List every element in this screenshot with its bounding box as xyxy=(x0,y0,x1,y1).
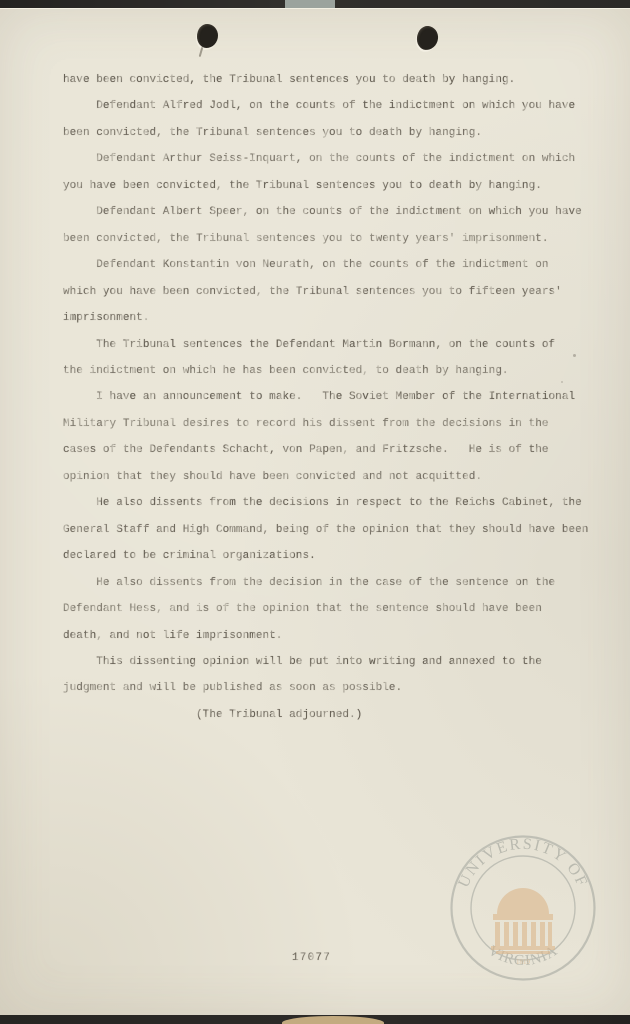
paper-speck xyxy=(573,354,576,357)
document-lines: have been convicted, the Tribunal senten… xyxy=(63,67,588,728)
text-line-21: Defendant Hess, and is of the opinion th… xyxy=(63,596,588,622)
scan-top-edge xyxy=(0,0,630,8)
text-line-5: you have been convicted, the Tribunal se… xyxy=(63,173,588,199)
text-line-16: opinion that they should have been convi… xyxy=(63,464,588,490)
scanned-page: have been convicted, the Tribunal senten… xyxy=(0,0,630,1024)
text-line-12: the indictment on which he has been conv… xyxy=(63,358,588,384)
text-line-8: Defendant Konstantin von Neurath, on the… xyxy=(63,252,588,278)
text-line-6: Defendant Albert Speer, on the counts of… xyxy=(63,199,588,225)
text-line-22: death, and not life imprisonment. xyxy=(63,623,588,649)
text-line-3: been convicted, the Tribunal sentences y… xyxy=(63,120,588,146)
text-line-25: (The Tribunal adjourned.) xyxy=(63,702,588,728)
text-line-9: which you have been convicted, the Tribu… xyxy=(63,279,588,305)
text-line-15: cases of the Defendants Schacht, von Pap… xyxy=(63,437,588,463)
seal-year-text: 1819 xyxy=(516,958,531,966)
text-line-10: imprisonment. xyxy=(63,305,588,331)
paper-speck xyxy=(561,381,563,383)
university-of-virginia-watermark: UNIVERSITY OF VIRGINIA 1819 xyxy=(448,833,598,983)
text-line-7: been convicted, the Tribunal sentences y… xyxy=(63,226,588,252)
page-number: 17077 xyxy=(292,952,331,964)
punch-hole-left-icon xyxy=(197,24,218,48)
text-line-2: Defendant Alfred Jodl, on the counts of … xyxy=(63,93,588,119)
punch-hole-right-icon xyxy=(416,25,439,51)
scan-bottom-edge xyxy=(0,1015,630,1024)
text-line-1: have been convicted, the Tribunal senten… xyxy=(63,67,588,93)
text-line-18: General Staff and High Command, being of… xyxy=(63,517,588,543)
scan-top-tab xyxy=(285,0,335,8)
seal-arc-top-text: UNIVERSITY OF xyxy=(455,836,591,891)
text-line-17: He also dissents from the decisions in r… xyxy=(63,490,588,516)
paper-sheet: have been convicted, the Tribunal senten… xyxy=(0,8,630,1015)
text-line-24: judgment and will be published as soon a… xyxy=(63,675,588,701)
text-line-20: He also dissents from the decision in th… xyxy=(63,570,588,596)
text-line-19: declared to be criminal organizations. xyxy=(63,543,588,569)
text-line-14: Military Tribunal desires to record his … xyxy=(63,411,588,437)
text-line-23: This dissenting opinion will be put into… xyxy=(63,649,588,675)
text-line-11: The Tribunal sentences the Defendant Mar… xyxy=(63,332,588,358)
text-line-13: I have an announcement to make. The Sovi… xyxy=(63,384,588,410)
next-page-edge xyxy=(282,1016,384,1024)
text-line-4: Defendant Arthur Seiss-Inquart, on the c… xyxy=(63,146,588,172)
